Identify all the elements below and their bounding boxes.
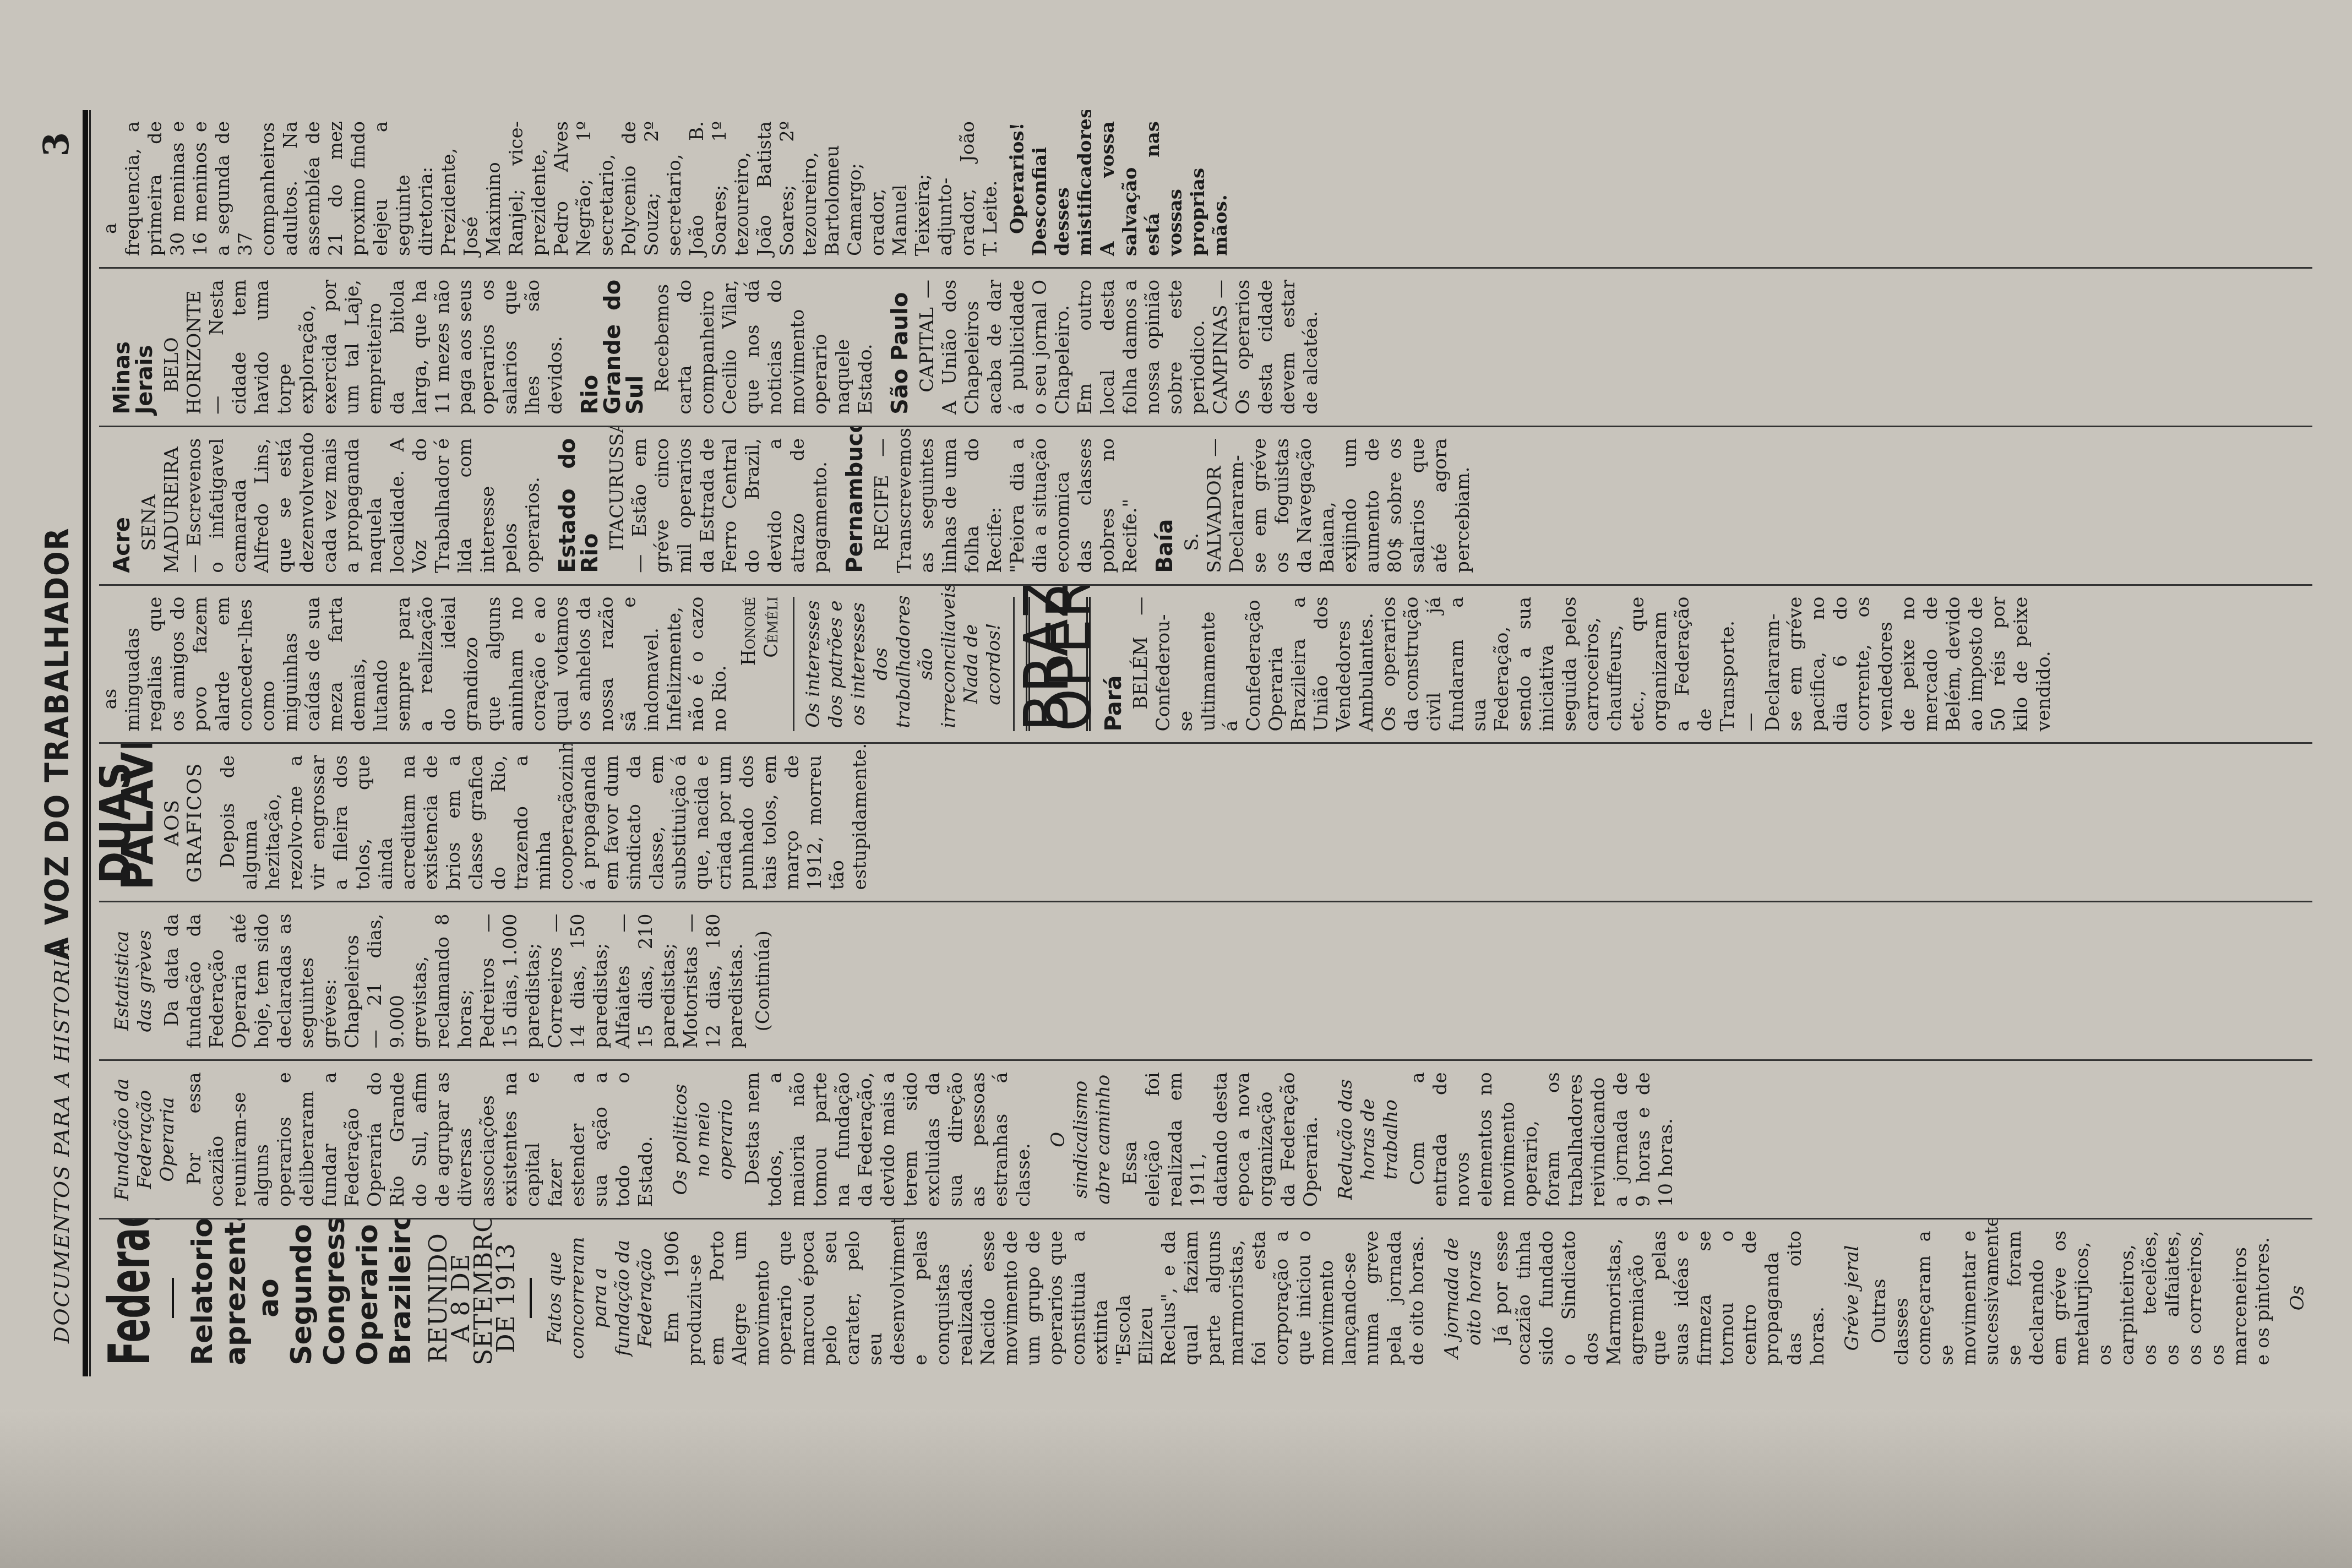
section-title: BRAZIL OPERARIO [1026,597,1091,732]
column-brazil-operario: Acre SENA MADUREIRA — Escrevenos o infat… [99,426,2312,584]
paragraph: as minguadas regalias que os amigos do p… [99,597,731,732]
paragraph: Recebemos carta do companheiro Cecilio V… [651,280,877,415]
column-brazil-operario-2: Minas Jerais BELO HORIZONTE — Nesta cida… [99,267,2312,426]
region-heading: São Paulo [889,280,912,415]
region-heading: Estado do Rio [557,438,602,573]
subheading: Os marmoristas vencem [2286,1231,2312,1365]
region-heading: Pernambuco [844,438,867,573]
article-title: DUAS PALAVRAS [105,755,150,890]
paragraph: Essa eleição foi realizada em 1911, data… [1119,1072,1322,1207]
paragraph: BELO HORIZONTE — Nesta cidade tem havido… [161,280,567,415]
masthead-rule [89,110,91,1376]
newspaper-page: DOCUMENTOS PARA A HISTORIA A VOZ DO TRAB… [0,0,2352,1409]
paragraph: Já por esse ocazião tinha sido fundado o… [1490,1231,1829,1365]
masthead: DOCUMENTOS PARA A HISTORIA A VOZ DO TRAB… [22,110,88,1376]
closing-exhortation: Operarios! Desconfiai desses mistificado… [1006,121,1232,256]
scan-background [0,1409,2352,1568]
column-duas-palavras-2: as minguadas regalias que os amigos do p… [99,584,2312,743]
paragraph: SENA MADUREIRA — Escrevenos o infatigave… [138,438,545,573]
paragraph: Por essa ocazião reuniram-se alguns oper… [183,1072,657,1207]
column-federacao: Federação Operaria do Rio Grande do Sul … [99,1218,2312,1376]
divider [530,1278,532,1318]
article-title: Federação Operaria do Rio Grande do Sul [99,1231,160,1365]
paragraph: Em 1906 produziu-se em Porto Alegre um m… [661,1231,1429,1365]
region-heading: Baía [1154,438,1177,573]
subheading: O sindicalismo abre caminho [1047,1072,1115,1207]
subheading: Os politicos no meio operario [669,1072,737,1207]
article-date: REUNIDO A 8 DE SETEMBRO DE 1913 [427,1231,518,1365]
subheading: Redução das horas de trabalho [1335,1072,1402,1207]
article-subtitle: AOS GRAFICOS [161,755,206,890]
signature: Honoré Céméli [738,597,783,732]
subheading: Estatistica das grèves [111,913,156,1048]
column-ensino: a frequencia, a primeira de 30 meninas e… [99,110,2312,267]
column-federacao-3: Estatistica das grèves Da data da fundaç… [99,901,2312,1059]
article-subtitle: Relatorio aprezentado ao Segundo Congres… [186,1231,417,1365]
paragraph: S. SALVADOR — Declararam-se em gréve os … [1181,438,1474,573]
paragraph: Depois de alguma hezitação, rezolvo-me a… [217,755,872,890]
paragraph: a frequencia, a primeira de 30 meninas e… [99,121,1002,256]
region-heading: Rio Grande do Sul [579,280,647,415]
subheading: Fundação da Federação Operaria [111,1072,179,1207]
subheading: Fatos que concorreram para a fundação da… [544,1231,657,1365]
paragraph: CAPITAL — A União dos Chapeleiros acaba … [916,280,1322,415]
page-number: 3 [36,132,77,157]
column-duas-palavras: DUAS PALAVRAS AOS GRAFICOS Depois de alg… [99,743,2312,901]
region-heading: Minas Jerais [111,280,156,415]
column-federacao-2: Fundação da Federação Operaria Por essa … [99,1059,2312,1218]
paragraph: RECIFE — Transcrevemos as seguintes linh… [871,438,1142,573]
region-heading: Pará [1103,597,1125,732]
newspaper-title: A VOZ DO TRABALHADOR [39,110,76,1376]
continued-note: (Continúa) [752,913,775,1048]
paragraph: Da data da fundação da Federação Operari… [161,913,748,1048]
divider [172,1278,174,1318]
paragraph: Com a entrada de novos elementos no movi… [1407,1072,1678,1207]
paragraph: Outras classes começaram a se movimentar… [1868,1231,2274,1365]
quote-box: Os interesses dos patrões e os interesse… [793,597,1015,732]
subheading: Gréve jeral [1841,1231,1864,1365]
paragraph: BELÉM — Confederou-se ultimamente á Conf… [1130,597,2055,732]
paragraph: Destas nem todos, a maioria não tomou pa… [742,1072,1035,1207]
subheading: A jornada de oito horas [1441,1231,1486,1365]
region-heading: Acre [111,438,134,573]
paragraph: ITACURUSSÁ — Estão em gréve cinco mil op… [606,438,832,573]
